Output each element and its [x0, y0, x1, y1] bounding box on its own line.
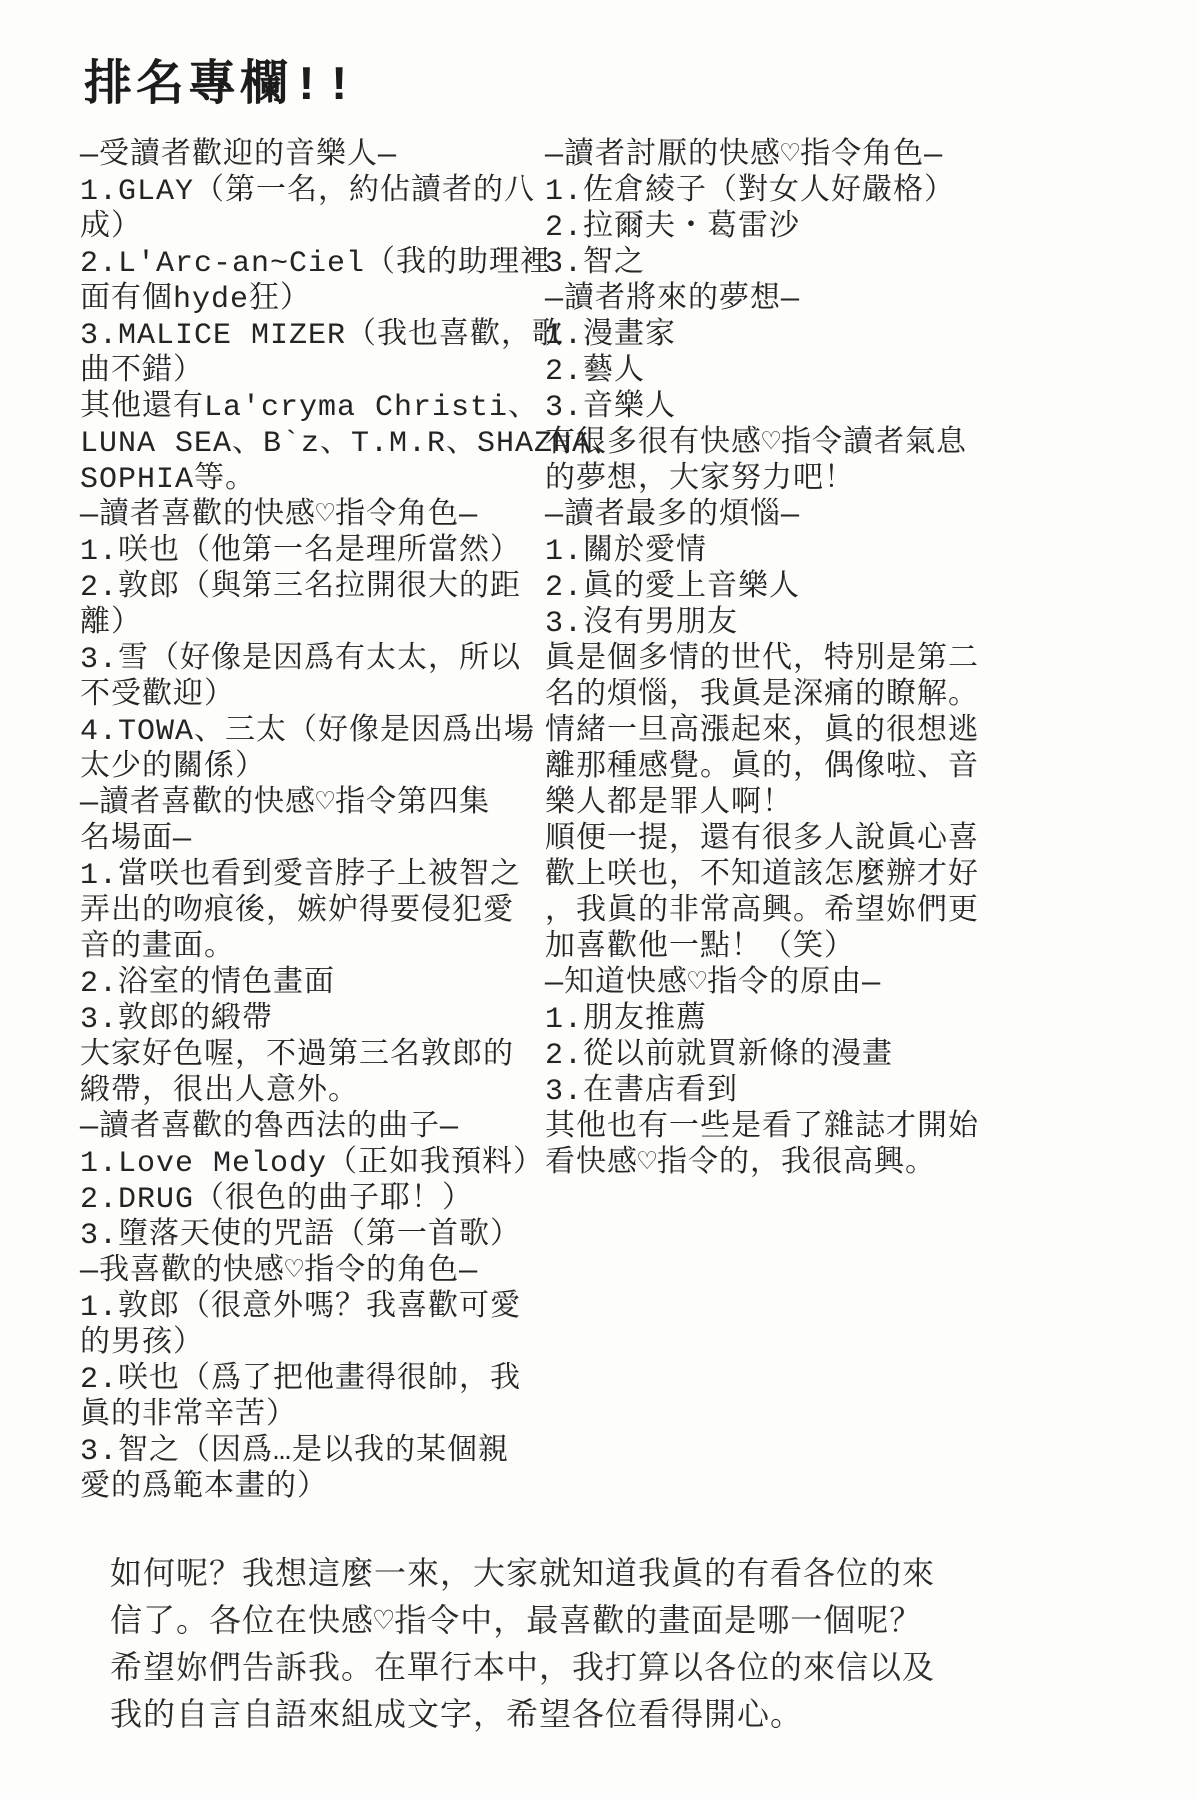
text-line: 3.在書店看到: [545, 1074, 1015, 1110]
text-line: 2.浴室的情色畫面: [80, 966, 545, 1002]
text-line: 3.智之（因爲…是以我的某個親: [80, 1434, 545, 1470]
text-line: 4.TOWA、三太（好像是因爲出場: [80, 714, 545, 750]
text-line: 2.眞的愛上音樂人: [545, 570, 1015, 606]
text-line: —讀者最多的煩惱—: [545, 498, 1015, 534]
scanned-page: 排名專欄!! —受讀者歡迎的音樂人—1.GLAY（第一名，約佔讀者的八成）2.L…: [0, 0, 1197, 1800]
page-title: 排名專欄!!: [84, 44, 358, 114]
text-line: LUNA SEA、B`z、T.M.R、SHAZNA、: [80, 426, 545, 462]
text-line: 愛的爲範本畫的）: [80, 1470, 545, 1506]
text-line: 名的煩惱，我眞是深痛的瞭解。: [545, 678, 1015, 714]
text-line: 情緒一旦高漲起來，眞的很想逃: [545, 714, 1015, 750]
text-line: —讀者喜歡的魯西法的曲子—: [80, 1110, 545, 1146]
text-line: 3.沒有男朋友: [545, 606, 1015, 642]
text-line: 3.智之: [545, 246, 1015, 282]
text-line: 其他還有La'cryma Christi、: [80, 390, 545, 426]
text-line: 緞帶，很出人意外。: [80, 1074, 545, 1110]
text-line: 眞的非常辛苦）: [80, 1398, 545, 1434]
text-line: 順便一提，還有很多人說眞心喜: [545, 822, 1015, 858]
text-line: 1.漫畫家: [545, 318, 1015, 354]
text-line: 名場面—: [80, 822, 545, 858]
text-line: 如何呢？我想這麼一來，大家就知道我眞的有看各位的來: [110, 1552, 1110, 1599]
text-line: 樂人都是罪人啊！: [545, 786, 1015, 822]
text-line: —讀者將來的夢想—: [545, 282, 1015, 318]
text-line: 2.DRUG（很色的曲子耶！）: [80, 1182, 545, 1218]
text-line: 3.雪（好像是因爲有太太，所以: [80, 642, 545, 678]
text-line: 1.GLAY（第一名，約佔讀者的八: [80, 174, 545, 210]
text-line: 3.敦郎的緞帶: [80, 1002, 545, 1038]
text-line: —讀者喜歡的快感♡指令第四集: [80, 786, 545, 822]
text-line: 1.敦郎（很意外嗎？我喜歡可愛: [80, 1290, 545, 1326]
text-line: —讀者喜歡的快感♡指令角色—: [80, 498, 545, 534]
text-line: 2.藝人: [545, 354, 1015, 390]
text-line: 看快感♡指令的，我很高興。: [545, 1146, 1015, 1182]
text-line: 1.當咲也看到愛音脖子上被智之: [80, 858, 545, 894]
footer-paragraph: 如何呢？我想這麼一來，大家就知道我眞的有看各位的來信了。各位在快感♡指令中，最喜…: [110, 1552, 1110, 1740]
text-line: 3.MALICE MIZER（我也喜歡，歌: [80, 318, 545, 354]
text-line: —讀者討厭的快感♡指令角色—: [545, 138, 1015, 174]
text-line: 大家好色喔，不過第三名敦郎的: [80, 1038, 545, 1074]
text-line: SOPHIA等。: [80, 462, 545, 498]
left-column: —受讀者歡迎的音樂人—1.GLAY（第一名，約佔讀者的八成）2.L'Arc-an…: [80, 138, 545, 1506]
text-line: 音的畫面。: [80, 930, 545, 966]
text-line: 1.關於愛情: [545, 534, 1015, 570]
text-line: 3.音樂人: [545, 390, 1015, 426]
text-line: —知道快感♡指令的原由—: [545, 966, 1015, 1002]
text-line: 2.拉爾夫・葛雷沙: [545, 210, 1015, 246]
text-line: 歡上咲也，不知道該怎麼辦才好: [545, 858, 1015, 894]
text-line: 2.敦郎（與第三名拉開很大的距: [80, 570, 545, 606]
text-line: ，我眞的非常高興。希望妳們更: [545, 894, 1015, 930]
text-line: 成）: [80, 210, 545, 246]
text-line: 信了。各位在快感♡指令中，最喜歡的畫面是哪一個呢？: [110, 1599, 1110, 1646]
right-column: —讀者討厭的快感♡指令角色—1.佐倉綾子（對女人好嚴格）2.拉爾夫・葛雷沙3.智…: [545, 138, 1015, 1506]
text-line: 離那種感覺。眞的，偶像啦、音: [545, 750, 1015, 786]
text-line: 面有個hyde狂）: [80, 282, 545, 318]
text-line: 的夢想，大家努力吧！: [545, 462, 1015, 498]
text-line: 眞是個多情的世代，特別是第二: [545, 642, 1015, 678]
text-line: 1.Love Melody（正如我預料）: [80, 1146, 545, 1182]
text-line: 1.佐倉綾子（對女人好嚴格）: [545, 174, 1015, 210]
text-line: 的男孩）: [80, 1326, 545, 1362]
text-line: 有很多很有快感♡指令讀者氣息: [545, 426, 1015, 462]
text-line: 2.從以前就買新條的漫畫: [545, 1038, 1015, 1074]
text-line: 2.咲也（爲了把他畫得很帥，我: [80, 1362, 545, 1398]
text-line: 弄出的吻痕後，嫉妒得要侵犯愛: [80, 894, 545, 930]
text-line: 1.朋友推薦: [545, 1002, 1015, 1038]
text-line: 不受歡迎）: [80, 678, 545, 714]
text-line: 加喜歡他一點！（笑）: [545, 930, 1015, 966]
text-line: 離）: [80, 606, 545, 642]
text-line: 2.L'Arc-an~Ciel（我的助理裡: [80, 246, 545, 282]
text-line: 我的自言自語來組成文字，希望各位看得開心。: [110, 1693, 1110, 1740]
text-line: 曲不錯）: [80, 354, 545, 390]
text-line: 太少的關係）: [80, 750, 545, 786]
text-line: —我喜歡的快感♡指令的角色—: [80, 1254, 545, 1290]
text-line: 希望妳們告訴我。在單行本中，我打算以各位的來信以及: [110, 1646, 1110, 1693]
text-line: —受讀者歡迎的音樂人—: [80, 138, 545, 174]
text-line: 1.咲也（他第一名是理所當然）: [80, 534, 545, 570]
text-line: 其他也有一些是看了雜誌才開始: [545, 1110, 1015, 1146]
text-columns: —受讀者歡迎的音樂人—1.GLAY（第一名，約佔讀者的八成）2.L'Arc-an…: [80, 138, 1140, 1506]
text-line: 3.墮落天使的咒語（第一首歌）: [80, 1218, 545, 1254]
